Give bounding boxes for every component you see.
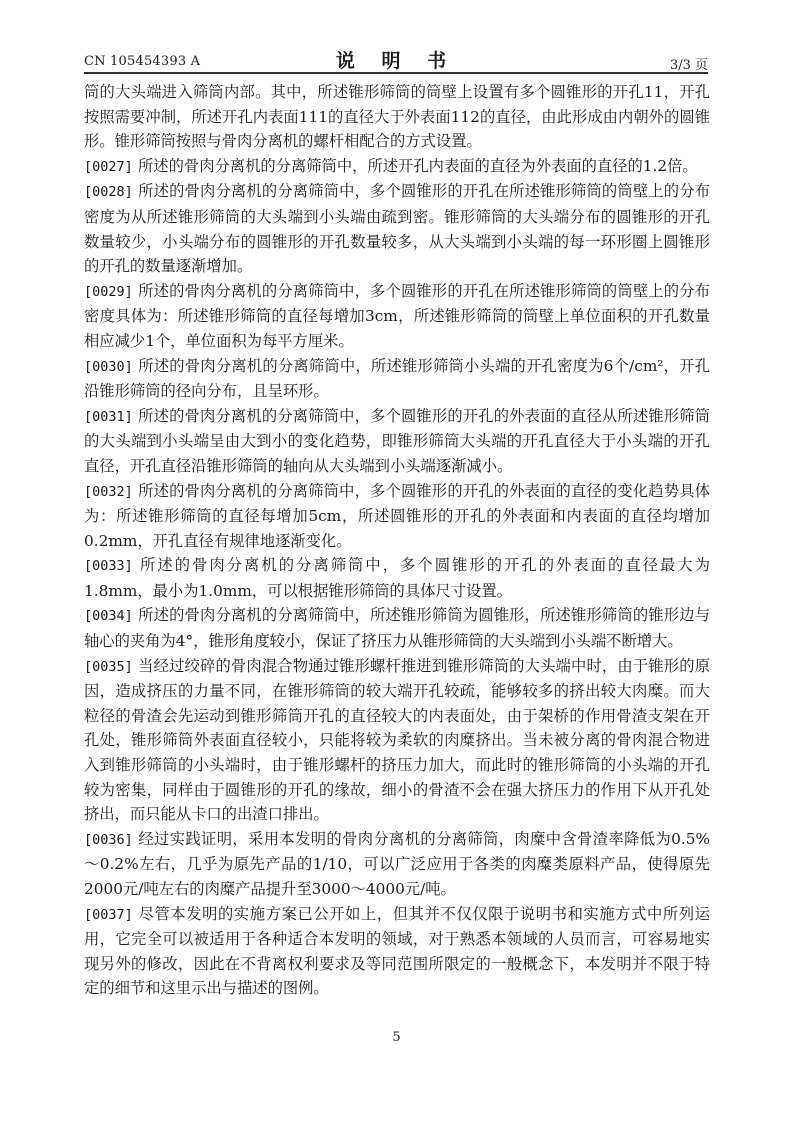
paragraph-number: [0031] (84, 405, 138, 430)
paragraph-number: [0029] (84, 280, 138, 305)
page-indicator: 3/3 页 (670, 54, 708, 73)
page-header: CN 105454393 A 说 明 书 3/3 页 (84, 44, 708, 72)
paragraph-text: 尽管本发明的实施方案已公开如上，但其并不仅仅限于说明书和实施方式中所列运用，它完… (84, 905, 710, 998)
paragraph: [0033]所述的骨肉分离机的分离筛筒中，多个圆锥形的开孔的外表面的直径最大为1… (84, 553, 710, 603)
paragraph-number: [0032] (84, 480, 138, 505)
paragraph-text: 所述的骨肉分离机的分离筛筒中，多个圆锥形的开孔的外表面的直径从所述锥形筛筒的大头… (84, 407, 710, 475)
paragraph: [0034]所述的骨肉分离机的分离筛筒中，所述锥形筛筒为圆锥形，所述锥形筛筒的锥… (84, 603, 710, 653)
paragraph-text: 当经过绞碎的骨肉混合物通过锥形螺杆推进到锥形筛筒的大头端中时，由于锥形的原因，造… (84, 657, 710, 824)
paragraph-number: [0028] (84, 180, 138, 205)
paragraph-number: [0035] (84, 655, 138, 680)
document-title: 说 明 书 (84, 46, 708, 73)
paragraph-text: 所述的骨肉分离机的分离筛筒中，多个圆锥形的开孔的外表面的直径最大为1.8mm，最… (84, 556, 710, 600)
paragraph-number: [0033] (84, 554, 138, 579)
paragraph-continuation: 筒的大头端进入筛筒内部。其中，所述锥形筛筒的筒壁上设置有多个圆锥形的开孔11，开… (84, 80, 710, 154)
paragraph-text: 所述的骨肉分离机的分离筛筒中，所述锥形筛筒为圆锥形，所述锥形筛筒的锥形边与轴心的… (84, 606, 710, 650)
paragraph-text: 所述的骨肉分离机的分离筛筒中，多个圆锥形的开孔的外表面的直径的变化趋势具体为：所… (84, 482, 710, 550)
paragraph-text: 所述的骨肉分离机的分离筛筒中，所述开孔内表面的直径为外表面的直径的1.2倍。 (138, 157, 698, 175)
paragraph-text: 所述的骨肉分离机的分离筛筒中，多个圆锥形的开孔在所述锥形筛筒的筒壁上的分布密度具… (84, 282, 710, 350)
header-divider (84, 72, 708, 74)
paragraph: [0035]当经过绞碎的骨肉混合物通过锥形螺杆推进到锥形筛筒的大头端中时，由于锥… (84, 654, 710, 827)
paragraph-number: [0037] (84, 903, 138, 928)
paragraph-number: [0036] (84, 828, 138, 853)
paragraph-text: 筒的大头端进入筛筒内部。其中，所述锥形筛筒的筒壁上设置有多个圆锥形的开孔11，开… (84, 83, 710, 150)
paragraph: [0036]经过实践证明，采用本发明的骨肉分离机的分离筛筒，肉糜中含骨渣率降低为… (84, 827, 710, 902)
page-number: 5 (392, 1030, 400, 1045)
paragraph: [0031]所述的骨肉分离机的分离筛筒中，多个圆锥形的开孔的外表面的直径从所述锥… (84, 404, 710, 479)
paragraph: [0028]所述的骨肉分离机的分离筛筒中，多个圆锥形的开孔在所述锥形筛筒的筒壁上… (84, 179, 710, 278)
paragraph-text: 所述的骨肉分离机的分离筛筒中，所述锥形筛筒小头端的开孔密度为6个/cm²，开孔沿… (84, 357, 710, 401)
page-footer: 5 (0, 1030, 793, 1045)
paragraph-number: [0027] (84, 155, 138, 180)
paragraph: [0027]所述的骨肉分离机的分离筛筒中，所述开孔内表面的直径为外表面的直径的1… (84, 154, 710, 180)
paragraph: [0037]尽管本发明的实施方案已公开如上，但其并不仅仅限于说明书和实施方式中所… (84, 902, 710, 1001)
paragraph: [0032]所述的骨肉分离机的分离筛筒中，多个圆锥形的开孔的外表面的直径的变化趋… (84, 479, 710, 554)
document-body: 筒的大头端进入筛筒内部。其中，所述锥形筛筒的筒壁上设置有多个圆锥形的开孔11，开… (84, 80, 710, 1001)
paragraph: [0030]所述的骨肉分离机的分离筛筒中，所述锥形筛筒小头端的开孔密度为6个/c… (84, 354, 710, 404)
paragraph-number: [0034] (84, 604, 138, 629)
paragraph-text: 所述的骨肉分离机的分离筛筒中，多个圆锥形的开孔在所述锥形筛筒的筒壁上的分布密度为… (84, 182, 710, 275)
paragraph-number: [0030] (84, 355, 138, 380)
paragraph: [0029]所述的骨肉分离机的分离筛筒中，多个圆锥形的开孔在所述锥形筛筒的筒壁上… (84, 279, 710, 354)
paragraph-text: 经过实践证明，采用本发明的骨肉分离机的分离筛筒，肉糜中含骨渣率降低为0.5%～0… (84, 830, 710, 898)
